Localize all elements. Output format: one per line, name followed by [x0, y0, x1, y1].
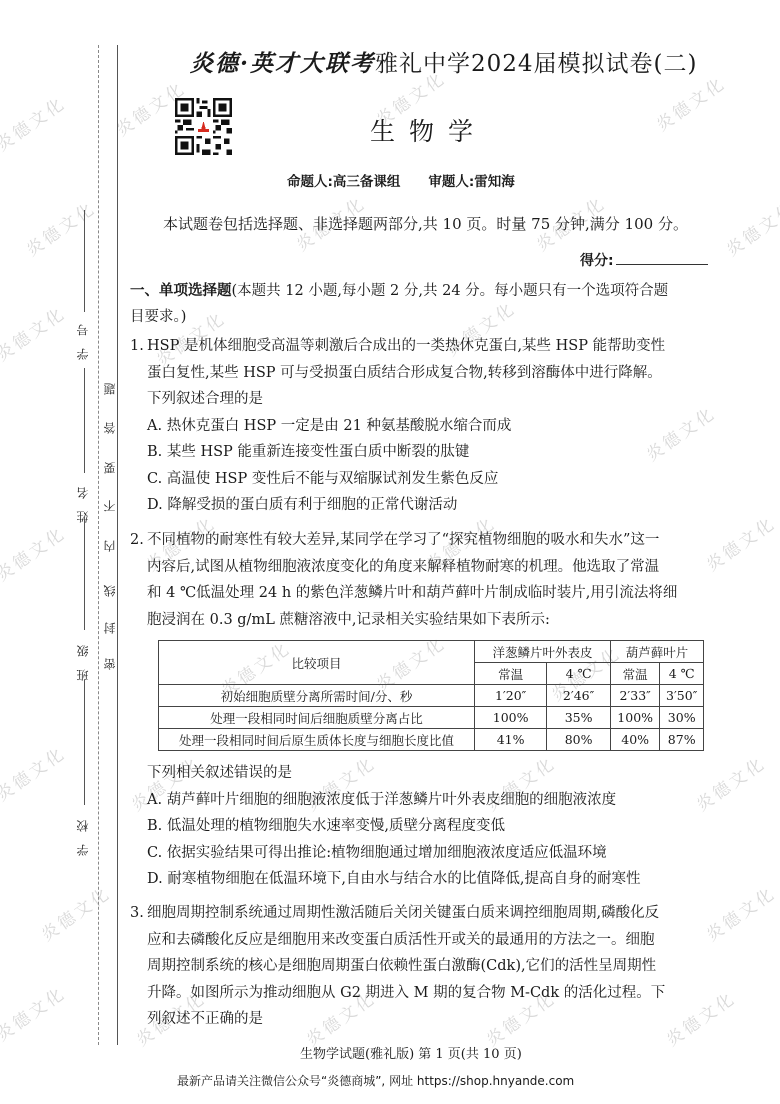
watermark: 炎德文化 — [720, 194, 780, 260]
cell: 87% — [660, 729, 704, 751]
exam-intro: 本试题卷包括选择题、非选择题两部分,共 10 页。时量 75 分钟,满分 100… — [163, 213, 688, 234]
question-stem-line: 周期控制系统的核心是细胞周期蛋白依赖性蛋白激酶(Cdk),它们的活性呈周期性 — [147, 953, 720, 980]
question-stem-line: 下列叙述合理的是 — [147, 386, 720, 413]
seal-char: 内 — [101, 540, 118, 552]
question-stem-line: 细胞周期控制系统通过周期性激活随后关闭关键蛋白质来调控细胞周期,磷酸化反 — [147, 900, 720, 927]
cell: 40% — [610, 729, 659, 751]
cell: 1′20″ — [475, 685, 547, 707]
name-label: 姓名 — [74, 475, 91, 523]
authors-line: 命题人:高三备课组审题人:雷知海 — [287, 170, 515, 190]
seal-char: 不 — [101, 500, 118, 512]
page-footer: 生物学试题(雅礼版) 第 1 页(共 10 页) — [300, 1043, 522, 1062]
question-2-options: 下列相关叙述错误的是 A. 葫芦藓叶片细胞的细胞液浓度低于洋葱鳞片叶外表皮细胞的… — [130, 760, 720, 893]
cell: 2′33″ — [610, 685, 659, 707]
seal-char: 答 — [101, 422, 118, 434]
student-id-label: 学号 — [74, 312, 91, 360]
name-field[interactable] — [84, 368, 85, 473]
section-description-line2: 目要求。) — [130, 304, 715, 330]
question-stem-line: 下列相关叙述错误的是 — [130, 760, 720, 787]
seal-char: 线 — [101, 585, 118, 597]
cell: 80% — [547, 729, 611, 751]
row-label: 处理一段相同时间后原生质体长度与细胞长度比值 — [159, 729, 475, 751]
cell: 35% — [547, 707, 611, 729]
table-subheader: 常温 — [610, 663, 659, 685]
option-a[interactable]: A. 葫芦藓叶片细胞的细胞液浓度低于洋葱鳞片叶外表皮细胞的细胞液浓度 — [130, 787, 720, 814]
exam-title: 炎德·英才大联考雅礼中学2024届模拟试卷(二) — [190, 45, 650, 78]
cell: 100% — [610, 707, 659, 729]
exam-title-text: 雅礼中学2024届模拟试卷(二) — [375, 51, 697, 77]
class-label: 班级 — [74, 633, 91, 681]
cell: 3′50″ — [660, 685, 704, 707]
question-1: 1. HSP 是机体细胞受高温等刺激后合成出的一类热休克蛋白,某些 HSP 能帮… — [130, 333, 720, 519]
seal-char: 封 — [101, 622, 118, 634]
table-row: 处理一段相同时间后原生质体长度与细胞长度比值 41% 80% 40% 87% — [159, 729, 704, 751]
table-header-row: 比较项目 洋葱鳞片叶外表皮 葫芦藓叶片 — [159, 641, 704, 663]
score-label: 得分: — [580, 253, 614, 269]
binding-strip: 学号 姓名 班级 学校 密 封 线 内 不 要 答 题 — [0, 0, 125, 1104]
student-id-field[interactable] — [84, 210, 85, 312]
cut-line-dotted — [98, 45, 99, 1045]
question-number: 1. — [130, 333, 144, 360]
question-3: 3. 细胞周期控制系统通过周期性激活随后关闭关键蛋白质来调控细胞周期,磷酸化反 … — [130, 900, 720, 1033]
question-stem-line: HSP 是机体细胞受高温等刺激后合成出的一类热休克蛋白,某些 HSP 能帮助变性 — [147, 333, 720, 360]
cell: 30% — [660, 707, 704, 729]
question-number: 2. — [130, 527, 144, 554]
option-c[interactable]: C. 高温使 HSP 变性后不能与双缩脲试剂发生紫色反应 — [130, 466, 720, 493]
question-stem-line: 应和去磷酸化反应是细胞用来改变蛋白质活性开或关的最通用的方法之一。细胞 — [147, 927, 720, 954]
class-field[interactable] — [84, 520, 85, 630]
question-stem-line: 胞浸润在 0.3 g/mL 蔗糖溶液中,记录相关实验结果如下表所示: — [147, 607, 720, 634]
option-c[interactable]: C. 依据实验结果可得出推论:植物细胞通过增加细胞液浓度适应低温环境 — [130, 840, 720, 867]
question-stem-line: 和 4 ℃低温处理 24 h 的紫色洋葱鳞片叶和葫芦藓叶片制成临时装片,用引流法… — [147, 580, 720, 607]
table-header-item: 比较项目 — [159, 641, 475, 685]
question-stem-line: 列叙述不正确的是 — [147, 1006, 720, 1033]
results-table: 比较项目 洋葱鳞片叶外表皮 葫芦藓叶片 常温 4 ℃ 常温 4 ℃ 初始细胞质壁… — [158, 640, 704, 751]
row-label: 初始细胞质壁分离所需时间/分、秒 — [159, 685, 475, 707]
seal-char: 要 — [101, 462, 118, 474]
option-b[interactable]: B. 某些 HSP 能重新连接变性蛋白质中断裂的肽键 — [130, 439, 720, 466]
question-stem-line: 蛋白复性,某些 HSP 可与受损蛋白质结合形成复合物,转移到溶酶体中进行降解。 — [147, 360, 720, 387]
subject-title: 生物学 — [370, 112, 487, 148]
promo-footer: 最新产品请关注微信公众号“炎德商城”, 网址 https://shop.hnya… — [177, 1072, 574, 1089]
school-label: 学校 — [74, 808, 91, 856]
seal-char: 题 — [101, 383, 118, 395]
cell: 100% — [475, 707, 547, 729]
section-description-line1: (本题共 12 小题,每小题 2 分,共 24 分。每小题只有一个选项符合题 — [232, 283, 669, 299]
cell: 41% — [475, 729, 547, 751]
question-2: 2. 不同植物的耐寒性有较大差异,某同学在学习了“探究植物细胞的吸水和失水”这一… — [130, 527, 720, 633]
school-field[interactable] — [84, 680, 85, 805]
watermark: 炎德文化 — [650, 69, 730, 135]
option-a[interactable]: A. 热休克蛋白 HSP 一定是由 21 种氨基酸脱水缩合而成 — [130, 413, 720, 440]
table-row: 初始细胞质壁分离所需时间/分、秒 1′20″ 2′46″ 2′33″ 3′50″ — [159, 685, 704, 707]
question-stem-line: 内容后,试图从植物细胞液浓度变化的角度来解释植物耐寒的机理。他选取了常温 — [147, 554, 720, 581]
table-group-header: 葫芦藓叶片 — [610, 641, 703, 663]
score-box: 得分: — [580, 250, 708, 270]
question-number: 3. — [130, 900, 144, 927]
question-stem-line: 不同植物的耐寒性有较大差异,某同学在学习了“探究植物细胞的吸水和失水”这一 — [147, 527, 720, 554]
question-stem-line: 升降。如图所示为推动细胞从 G2 期进入 M 期的复合物 M-Cdk 的活化过程… — [147, 980, 720, 1007]
seal-char: 密 — [101, 658, 118, 670]
section-title: 一、单项选择题 — [130, 283, 232, 299]
row-label: 处理一段相同时间后细胞质壁分离占比 — [159, 707, 475, 729]
section-heading: 一、单项选择题(本题共 12 小题,每小题 2 分,共 24 分。每小题只有一个… — [130, 278, 715, 330]
table-subheader: 4 ℃ — [660, 663, 704, 685]
option-d[interactable]: D. 降解受损的蛋白质有利于细胞的正常代谢活动 — [130, 492, 720, 519]
score-input-line[interactable] — [616, 253, 708, 265]
option-d[interactable]: D. 耐寒植物细胞在低温环境下,自由水与结合水的比值降低,提高自身的耐寒性 — [130, 866, 720, 893]
reviewer-label: 审题人:雷知海 — [428, 174, 514, 190]
table-row: 处理一段相同时间后细胞质壁分离占比 100% 35% 100% 30% — [159, 707, 704, 729]
table-group-header: 洋葱鳞片叶外表皮 — [475, 641, 611, 663]
exam-brand: 炎德·英才大联考 — [190, 50, 375, 77]
setter-label: 命题人:高三备课组 — [287, 174, 400, 190]
table-subheader: 4 ℃ — [547, 663, 611, 685]
qr-code-icon[interactable] — [175, 98, 232, 155]
option-b[interactable]: B. 低温处理的植物细胞失水速率变慢,质壁分离程度变低 — [130, 813, 720, 840]
cell: 2′46″ — [547, 685, 611, 707]
table-subheader: 常温 — [475, 663, 547, 685]
